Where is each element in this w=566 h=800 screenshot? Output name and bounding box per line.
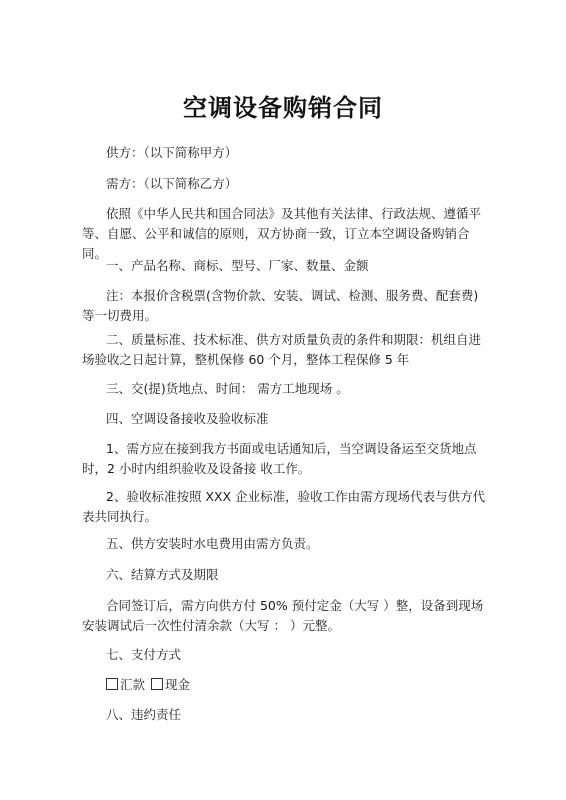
buyer-line: 需方：（以下简称乙方） bbox=[82, 174, 486, 194]
checkbox-icon[interactable] bbox=[151, 678, 163, 690]
payment-option-label: 汇款 bbox=[120, 677, 145, 692]
section-2-paragraph: 二、质量标准、技术标准、供方对质量负责的条件和期限：机组自进场验收之日起计算，整… bbox=[82, 330, 486, 370]
section-4-item-2: 2、验收标准按照 XXX 企业标准，验收工作由需方现场代表与供方代表共同执行。 bbox=[82, 487, 486, 527]
section-1-note: 注：本报价含税票(含物价款、安装、调试、检测、服务费、配套费)等一切费用。 bbox=[82, 286, 486, 326]
payment-option-label: 现金 bbox=[165, 677, 190, 692]
section-6-paragraph: 合同签订后，需方向供方付 50% 预付定金（大写 ）整，设备到现场安装调试后一次… bbox=[82, 596, 486, 636]
section-7-heading: 七、支付方式 bbox=[82, 645, 486, 665]
document-page: 空调设备购销合同 供方：（以下简称甲方） 需方：（以下简称乙方） 依照《中华人民… bbox=[0, 0, 566, 800]
section-8-heading: 八、违约责任 bbox=[82, 705, 486, 725]
supplier-line: 供方：（以下简称甲方） bbox=[82, 143, 486, 163]
section-1-heading: 一、产品名称、商标、型号、厂家、数量、金额 bbox=[82, 256, 486, 276]
checkbox-icon[interactable] bbox=[106, 678, 118, 690]
payment-option-cash[interactable]: 现金 bbox=[151, 677, 190, 692]
section-5-heading: 五、供方安装时水电费用由需方负责。 bbox=[82, 534, 486, 554]
preamble-paragraph: 依照《中华人民共和国合同法》及其他有关法律、行政法规、遵循平等、自愿、公平和诚信… bbox=[82, 204, 486, 264]
section-4-heading: 四、空调设备接收及验收标准 bbox=[82, 409, 486, 429]
document-title: 空调设备购销合同 bbox=[0, 88, 566, 123]
payment-option-remittance[interactable]: 汇款 bbox=[106, 677, 145, 692]
payment-options: 汇款现金 bbox=[106, 675, 510, 695]
section-3-heading: 三、交(提)货地点、时间： 需方工地现场 。 bbox=[82, 379, 486, 399]
section-6-heading: 六、结算方式及期限 bbox=[82, 565, 486, 585]
section-4-item-1: 1、需方应在接到我方书面或电话通知后，当空调设备运至交货地点时，2 小时内组织验… bbox=[82, 439, 486, 479]
